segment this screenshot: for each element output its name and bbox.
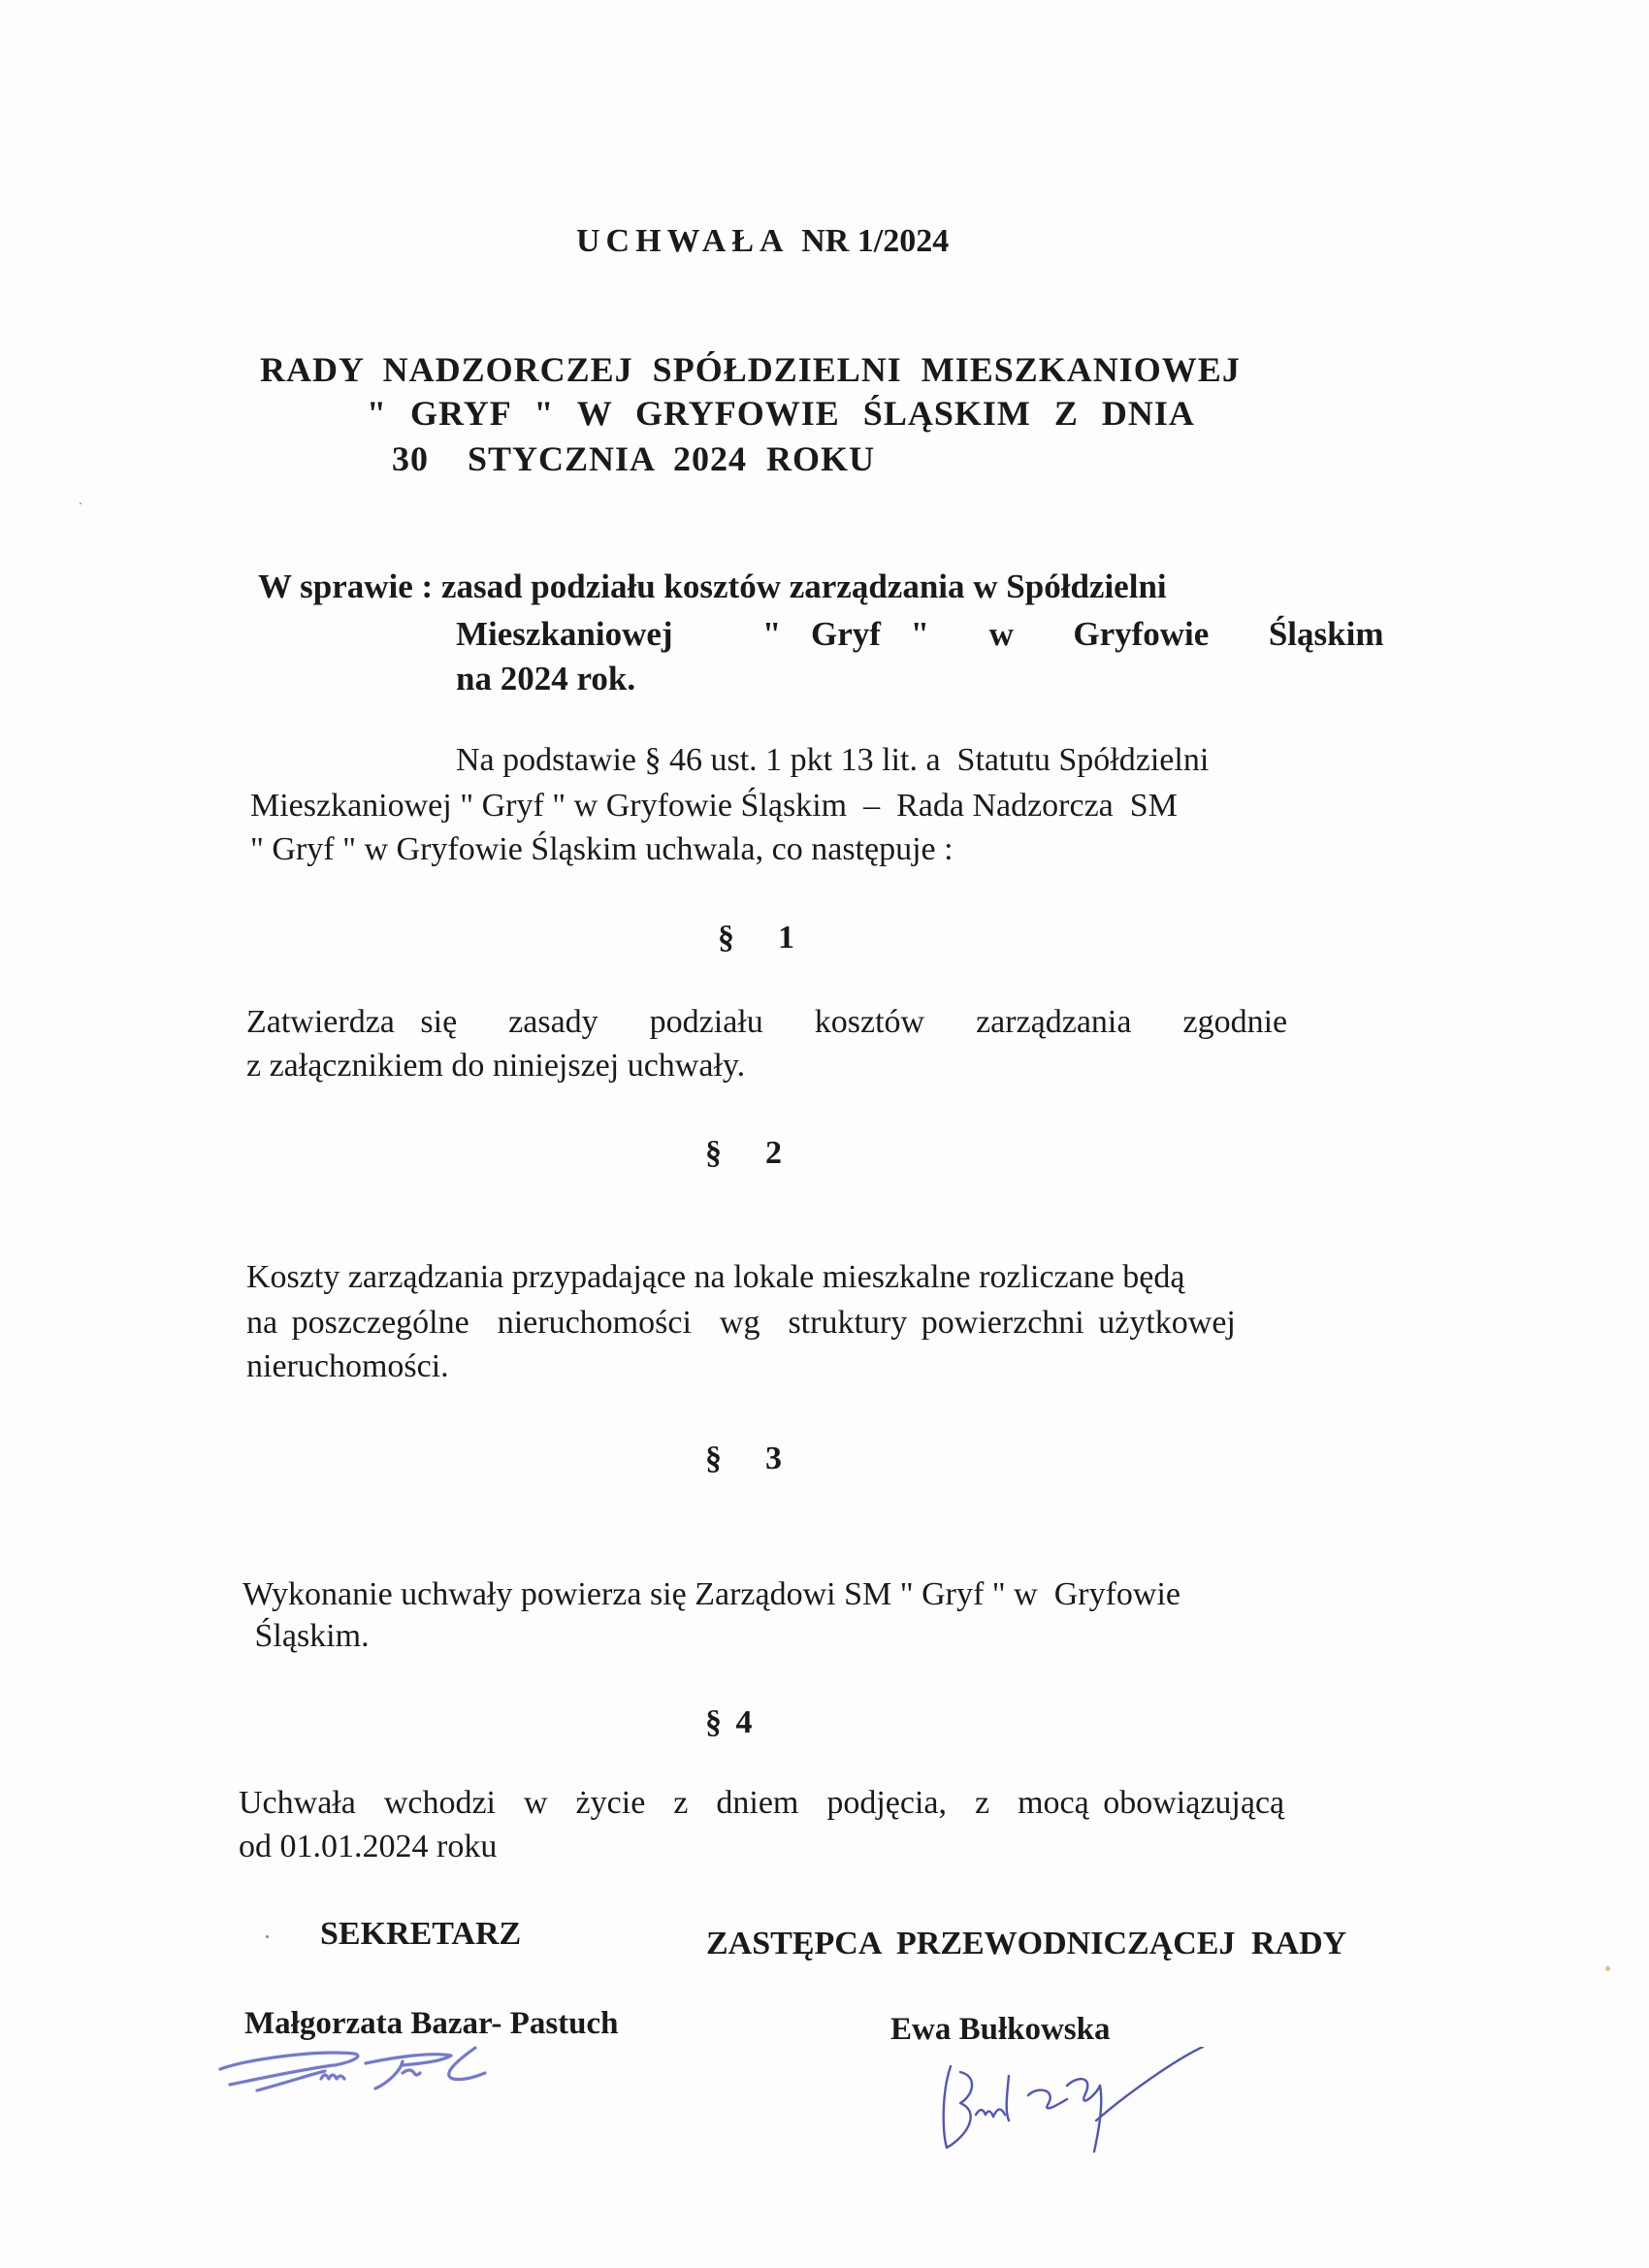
- section-3-text: Wykonanie uchwały powierza się Zarządowi…: [242, 1576, 1180, 1613]
- scan-artifact: [266, 1935, 269, 1938]
- legal-basis-line: " Gryf " w Gryfowie Śląskim uchwala, co …: [250, 831, 954, 868]
- subject-text: zasad podziału kosztów zarządzania w Spó…: [441, 567, 1167, 605]
- resolution-title: UCHWAŁA NR 1/2024: [576, 223, 949, 260]
- scan-artifact: [1605, 1966, 1610, 1971]
- subject-line: Mieszkaniowej " Gryf " w Gryfowie Śląski…: [456, 615, 1383, 654]
- secretary-role: SEKRETARZ: [320, 1916, 521, 1953]
- handwritten-signature-icon: [209, 2042, 500, 2110]
- section-2-text: Koszty zarządzania przypadające na lokal…: [246, 1259, 1185, 1296]
- section-1-text: Zatwierdza się zasady podziału kosztów z…: [246, 1004, 1287, 1041]
- section-heading-4: § 4: [705, 1704, 753, 1741]
- section-heading-2: § 2: [705, 1135, 782, 1172]
- subject-line: W sprawie : zasad podziału kosztów zarzą…: [258, 567, 1167, 606]
- section-2-text: nieruchomości.: [246, 1348, 449, 1385]
- header-line-date: 30 STYCZNIA 2024 ROKU: [392, 438, 875, 479]
- section-2-text: na poszczególne nieruchomości wg struktu…: [246, 1305, 1236, 1342]
- title-number: NR 1/2024: [801, 223, 949, 259]
- section-4-text: od 01.01.2024 roku: [239, 1829, 497, 1865]
- deputy-chair-role: ZASTĘPCA PRZEWODNICZĄCEJ RADY: [706, 1926, 1346, 1962]
- section-1-text: z załącznikiem do niniejszej uchwały.: [246, 1048, 745, 1085]
- secretary-name: Małgorzata Bazar- Pastuch: [244, 2006, 619, 2042]
- scan-artifact: [80, 502, 81, 504]
- subject-line: na 2024 rok.: [456, 660, 635, 698]
- section-3-text: Śląskim.: [246, 1618, 370, 1655]
- subject-label: W sprawie :: [258, 567, 433, 605]
- header-line: RADY NADZORCZEJ SPÓŁDZIELNI MIESZKANIOWE…: [260, 349, 1241, 390]
- title-word: UCHWAŁA: [576, 223, 788, 259]
- handwritten-signature-icon: [931, 2047, 1271, 2163]
- header-line: " GRYF " W GRYFOWIE ŚLĄSKIM Z DNIA: [367, 393, 1195, 434]
- section-4-text: Uchwała wchodzi w życie z dniem podjęcia…: [239, 1785, 1284, 1822]
- section-heading-3: § 3: [705, 1441, 782, 1477]
- section-heading-1: § 1: [718, 920, 794, 956]
- deputy-chair-name: Ewa Bułkowska: [890, 2012, 1111, 2048]
- legal-basis-line: Mieszkaniowej " Gryf " w Gryfowie Śląski…: [250, 788, 1178, 825]
- legal-basis-line: Na podstawie § 46 ust. 1 pkt 13 lit. a S…: [456, 742, 1209, 779]
